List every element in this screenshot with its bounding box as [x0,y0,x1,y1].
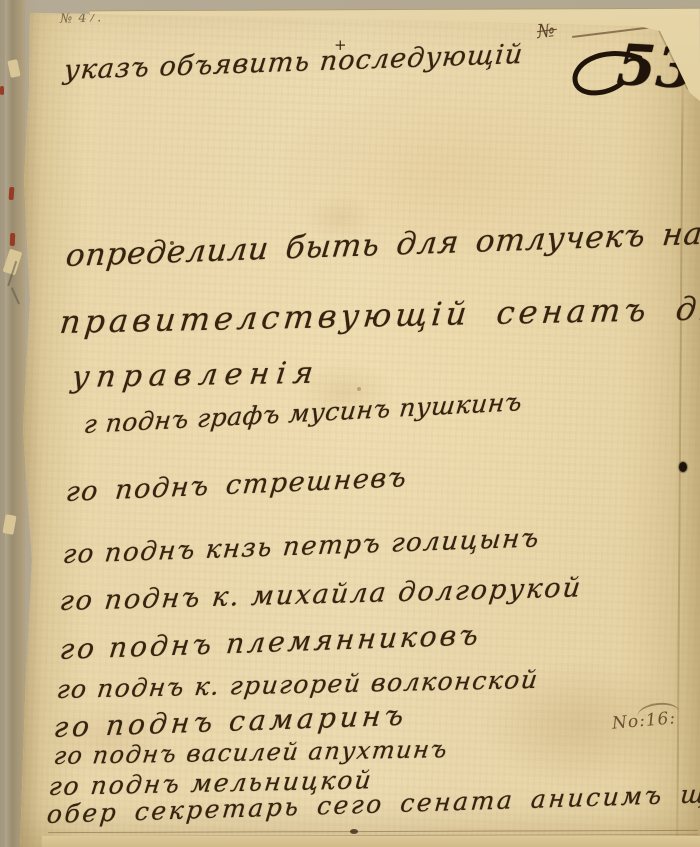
body-line-8: го поднъ племянниковъ [58,618,482,666]
ink-blot [679,462,687,472]
body-line-5: го поднъ стрешневъ [64,462,408,508]
page-bottom-edge [42,836,700,847]
fold-line-vertical [676,58,683,838]
red-stitch-mark [9,187,15,200]
binding-gutter [5,0,25,847]
body-line-3: управленія [70,356,322,395]
red-stitch-mark [0,86,4,95]
manuscript-page: № 47. + + № 53 указъ объявить последующі… [20,0,700,847]
body-line-6: го поднъ кнзь петръ голицынъ [61,523,541,570]
body-line-4: г поднъ графъ мусинъ пушкинъ [82,387,523,439]
manuscript-photo: № 47. + + № 53 указъ объявить последующі… [0,0,700,847]
red-stitch-mark [10,233,15,246]
stain [357,387,361,391]
body-line-2: правителствующій сенатъ для [58,289,700,341]
title-line: указъ объявить последующій [62,39,525,86]
body-line-1: определили быть для отлучекъ нашихъ [64,213,700,274]
ink-speck [350,829,358,834]
body-line-7: го поднъ к. михайла долгорукой [58,572,584,617]
body-line-9: го поднъ к. григорей волконской [55,665,540,704]
body-line-11: го поднъ василей апухтинъ [52,735,450,770]
ink-speck [170,241,174,245]
